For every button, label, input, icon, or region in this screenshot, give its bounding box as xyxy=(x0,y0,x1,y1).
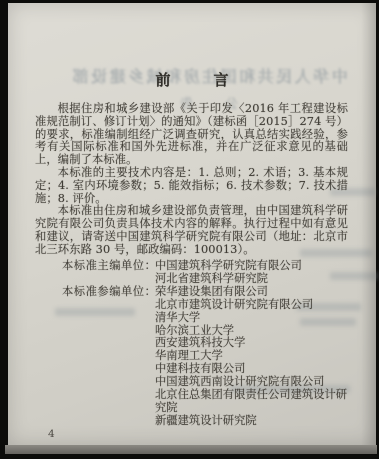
organization-name: 北京市建筑设计研究院有限公司 xyxy=(155,299,355,312)
participating-editor-label: 本标准参编单位： xyxy=(62,286,156,299)
foreword-body: 根据住房和城乡建设部《关于印发〈2016 年工程建设标准规范制订、修订计划〉的通… xyxy=(35,103,348,257)
paragraph: 本标准的主要技术内容是：1. 总则；2. 术语；3. 基本规定；4. 室内环境参… xyxy=(35,167,348,205)
page-edge-shadow xyxy=(5,445,377,454)
organization-name: 新疆建筑设计研究院 xyxy=(155,415,355,428)
chief-editor-org-list: 中国建筑科学研究院有限公司河北省建筑科学研究院 xyxy=(155,260,355,286)
editor-units: 本标准主编单位： 中国建筑科学研究院有限公司河北省建筑科学研究院 本标准参编单位… xyxy=(35,260,357,428)
organization-name: 河北省建筑科学研究院 xyxy=(155,273,355,286)
page-title: 前 言 xyxy=(8,69,376,90)
chief-editor-row: 本标准主编单位： 中国建筑科学研究院有限公司河北省建筑科学研究院 xyxy=(35,260,357,286)
paragraph: 根据住房和城乡建设部《关于印发〈2016 年工程建设标准规范制订、修订计划〉的通… xyxy=(35,103,348,167)
organization-name: 中国建筑科学研究院有限公司 xyxy=(155,260,355,273)
paragraph: 本标准由住房和城乡建设部负责管理，由中国建筑科学研究院有限公司负责具体技术内容的… xyxy=(35,205,348,256)
organization-name: 北京住总集团有限责任公司建筑设计研究院 xyxy=(155,389,355,415)
paper-sheet: 中华人民共和国住房和城乡建设部 公告 前 言 根据住房和城乡建设部《关于印发〈2… xyxy=(8,3,376,445)
participating-editor-org-list: 荣华建设集团有限公司北京市建筑设计研究院有限公司清华大学哈尔滨工业大学西安建筑科… xyxy=(155,286,355,428)
chief-editor-label: 本标准主编单位： xyxy=(62,260,156,273)
scanned-page: 中华人民共和国住房和城乡建设部 公告 前 言 根据住房和城乡建设部《关于印发〈2… xyxy=(0,0,379,459)
organization-name: 荣华建设集团有限公司 xyxy=(155,286,355,299)
organization-name: 清华大学 xyxy=(155,312,355,325)
page-number: 4 xyxy=(48,428,55,440)
participating-editor-row: 本标准参编单位： 荣华建设集团有限公司北京市建筑设计研究院有限公司清华大学哈尔滨… xyxy=(35,286,357,428)
